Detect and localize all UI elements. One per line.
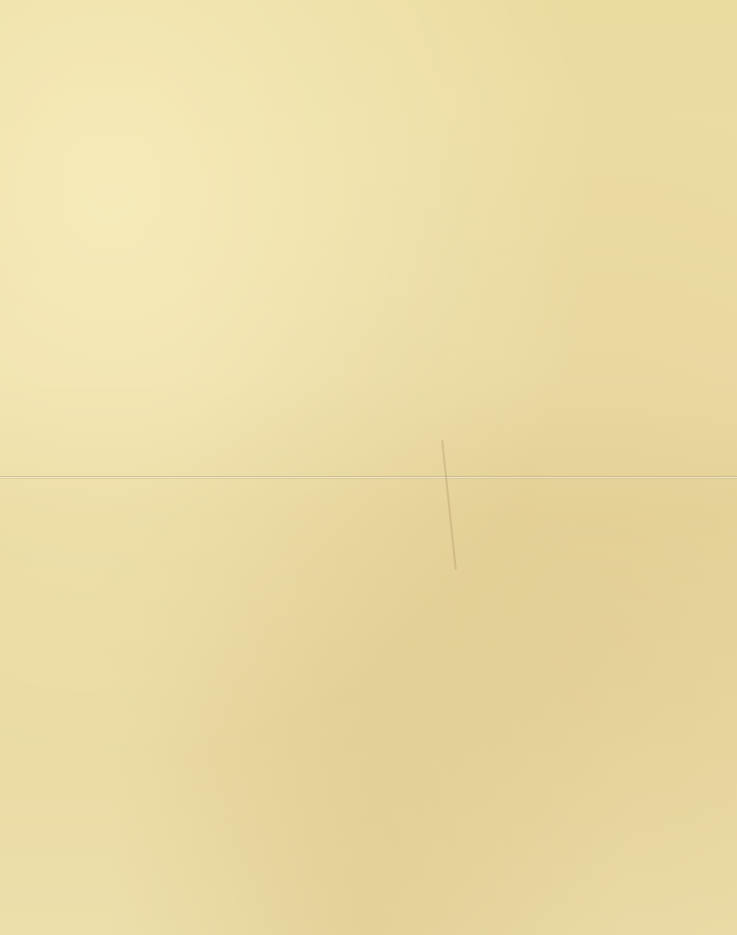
paper-crease: [441, 440, 457, 569]
paper-fold-line: [0, 476, 737, 479]
letter-page: [0, 0, 737, 935]
